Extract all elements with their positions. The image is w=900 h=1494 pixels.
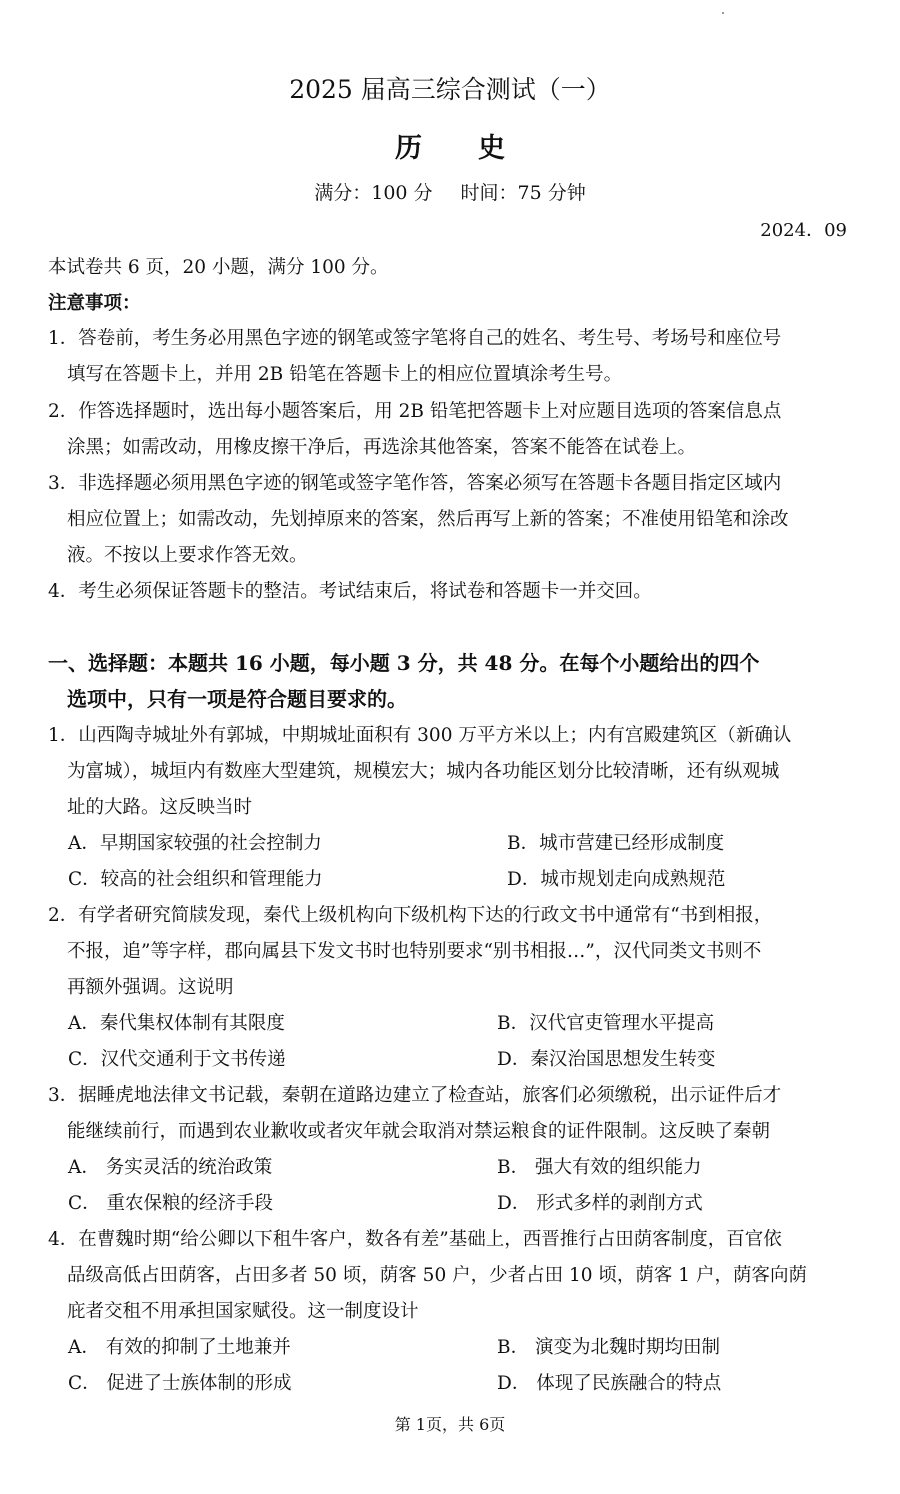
question-4-option-d: D． 体现了民族融合的特点 <box>497 1369 721 1395</box>
question-2-option-b: B．汉代官吏管理水平提高 <box>497 1009 714 1035</box>
full-score: 满分：100 分 <box>314 182 432 204</box>
question-1-line-1: 1．山西陶寺城址外有郭城，中期城址面积有 300 万平方米以上；内有宫殿建筑区（… <box>48 721 791 747</box>
subject-char-1: 历 <box>395 133 422 164</box>
note-2-line-1: 2．作答选择题时，选出每小题答案后，用 2B 铅笔把答题卡上对应题目选项的答案信… <box>48 397 781 423</box>
question-2-line-3: 再额外强调。这说明 <box>67 973 234 999</box>
question-2-option-a: A．秦代集权体制有其限度 <box>68 1009 285 1035</box>
question-3-line-2: 能继续前行，而遇到农业歉收或者灾年就会取消对禁运粮食的证件限制。这反映了秦朝 <box>67 1117 770 1143</box>
question-3-option-a: A． 务实灵活的统治政策 <box>68 1153 272 1179</box>
note-3-line-2: 相应位置上；如需改动，先划掉原来的答案，然后再写上新的答案；不准使用铅笔和涂改 <box>67 505 789 531</box>
question-4-option-c: C． 促进了士族体制的形成 <box>68 1369 292 1395</box>
question-4-line-1: 4．在曹魏时期“给公卿以下租牛客户，数各有差”基础上，西晋推行占田荫客制度，百官… <box>48 1225 782 1251</box>
intro-text: 本试卷共 6 页，20 小题，满分 100 分。 <box>48 253 389 279</box>
question-4-option-a: A． 有效的抑制了土地兼并 <box>68 1333 291 1359</box>
subject-heading: 历史 <box>0 126 900 165</box>
question-1-option-d: D．城市规划走向成熟规范 <box>507 865 725 891</box>
question-2-option-d: D．秦汉治国思想发生转变 <box>497 1045 715 1071</box>
exam-title: 2025 届高三综合测试（一） <box>0 70 900 106</box>
question-3-option-b: B． 强大有效的组织能力 <box>497 1153 701 1179</box>
note-3-line-1: 3．非选择题必须用黑色字迹的钢笔或签字笔作答，答案必须写在答题卡各题目指定区域内 <box>48 469 781 495</box>
question-1-line-3: 址的大路。这反映当时 <box>67 793 252 819</box>
note-4-line-1: 4．考生必须保证答题卡的整洁。考试结束后，将试卷和答题卡一并交回。 <box>48 577 652 603</box>
question-3-option-c: C． 重农保粮的经济手段 <box>68 1189 273 1215</box>
note-2-line-2: 涂黑；如需改动，用橡皮擦干净后，再选涂其他答案，答案不能答在试卷上。 <box>67 433 696 459</box>
question-3-line-1: 3．据睡虎地法律文书记载，秦朝在道路边建立了检查站，旅客们必须缴税，出示证件后才 <box>48 1081 781 1107</box>
question-2-line-1: 2．有学者研究简牍发现，秦代上级机构向下级机构下达的行政文书中通常有“书到相报， <box>48 901 772 927</box>
note-1-line-2: 填写在答题卡上，并用 2B 铅笔在答题卡上的相应位置填涂考生号。 <box>67 360 622 386</box>
question-2-line-2: 不报，追”等字样，郡向属县下发文书时也特别要求“别书相报…”，汉代同类文书则不 <box>67 937 761 963</box>
question-1-option-c: C．较高的社会组织和管理能力 <box>68 865 323 891</box>
exam-time: 时间：75 分钟 <box>461 182 586 204</box>
scan-speck <box>722 12 724 14</box>
question-3-option-d: D． 形式多样的剥削方式 <box>497 1189 703 1215</box>
question-1-option-a: A．早期国家较强的社会控制力 <box>68 829 322 855</box>
note-3-line-3: 液。不按以上要求作答无效。 <box>67 541 308 567</box>
exam-meta: 满分：100 分时间：75 分钟 <box>0 178 900 205</box>
question-1-line-2: 为富城），城垣内有数座大型建筑，规模宏大；城内各功能区划分比较清晰，还有纵观城 <box>67 757 779 783</box>
question-4-line-3: 庇者交租不用承担国家赋役。这一制度设计 <box>67 1297 419 1323</box>
exam-date: 2024．09 <box>760 216 847 242</box>
subject-char-2: 史 <box>478 133 505 164</box>
section-1-heading-line-2: 选项中，只有一项是符合题目要求的。 <box>67 683 407 712</box>
question-2-option-c: C．汉代交通利于文书传递 <box>68 1045 286 1071</box>
question-1-option-b: B．城市营建已经形成制度 <box>507 829 724 855</box>
section-1-heading-line-1: 一、选择题：本题共 16 小题，每小题 3 分，共 48 分。在每个小题给出的四… <box>48 647 759 676</box>
notes-heading: 注意事项： <box>48 289 141 315</box>
question-4-line-2: 品级高低占田荫客，占田多者 50 顷，荫客 50 户，少者占田 10 顷，荫客 … <box>67 1261 807 1287</box>
page-number: 第 1页，共 6页 <box>0 1412 900 1435</box>
question-4-option-b: B． 演变为北魏时期均田制 <box>497 1333 720 1359</box>
note-1-line-1: 1．答卷前，考生务必用黑色字迹的钢笔或签字笔将自己的姓名、考生号、考场号和座位号 <box>48 324 781 350</box>
